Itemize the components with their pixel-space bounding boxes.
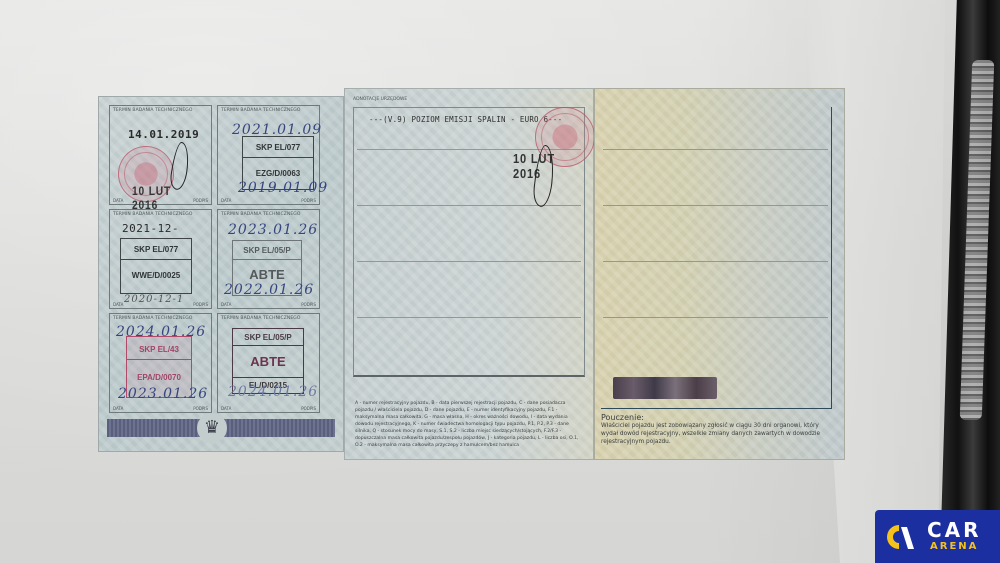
notice-frame	[601, 107, 832, 409]
handwritten-date: 2023.01.26	[118, 386, 208, 402]
cell-label: TERMIN BADANIA TECHNICZNEGO	[113, 316, 193, 321]
handwritten-date: 2019.01.09	[238, 180, 328, 196]
inspection-station-stamp: SKP EL/077 WWE/D/0025	[120, 238, 192, 294]
inspection-cell: TERMIN BADANIA TECHNICZNEGO 14.01.2019 1…	[109, 105, 212, 205]
registration-document: TERMIN BADANIA TECHNICZNEGO 14.01.2019 1…	[98, 88, 845, 460]
hologram-sticker	[613, 377, 717, 399]
logo-text-car: CAR	[927, 518, 982, 542]
inspection-cell: TERMIN BADANIA TECHNICZNEGO 2023.01.26 S…	[217, 209, 320, 309]
cell-foot-date: DATA	[113, 198, 123, 203]
stamp-code: SKP EL/077	[243, 143, 313, 152]
typed-date: 14.01.2019	[128, 128, 199, 141]
inspection-cell: TERMIN BADANIA TECHNICZNEGO 2021-12- SKP…	[109, 209, 212, 309]
notice-title: Pouczenie:	[601, 413, 834, 422]
stamp-id: WWE/D/0025	[121, 271, 191, 280]
inspection-cell: TERMIN BADANIA TECHNICZNEGO 2024.01.26 S…	[109, 313, 212, 413]
stamp-id: EZG/D/0063	[243, 169, 313, 178]
cell-foot-date: DATA	[113, 406, 123, 411]
cell-foot-signature: PODPIS	[193, 302, 208, 307]
cell-foot-signature: PODPIS	[301, 406, 316, 411]
notice-block: Pouczenie: Właściciel pojazdu jest zobow…	[601, 413, 834, 446]
stamp-code: SKP EL/43	[127, 345, 191, 354]
handwritten-date: 2020-12-1	[124, 294, 184, 305]
handwritten-date: 2022.01.26	[224, 282, 314, 298]
stamp-id: EPA/D/0070	[127, 373, 191, 382]
typed-date: 2021-12-	[122, 222, 179, 235]
seal-date: 10 LUT 2016	[132, 184, 199, 212]
cell-foot-signature: PODPIS	[301, 198, 316, 203]
emission-level-note: ---(V.9) POZIOM EMISJI SPALIN - EURO 6--…	[369, 115, 562, 124]
cell-label: TERMIN BADANIA TECHNICZNEGO	[113, 108, 193, 113]
stamp-code: SKP EL/077	[121, 245, 191, 254]
handwritten-date: 2024.01.26	[228, 384, 318, 400]
cell-foot-signature: PODPIS	[301, 302, 316, 307]
cell-foot-date: DATA	[221, 406, 231, 411]
cell-foot-signature: PODPIS	[193, 406, 208, 411]
polish-eagle-emblem-icon: ♛	[197, 413, 227, 443]
cell-label: TERMIN BADANIA TECHNICZNEGO	[221, 212, 301, 217]
inspection-cell: TERMIN BADANIA TECHNICZNEGO 2021.01.09 S…	[217, 105, 320, 205]
handwritten-date: 2023.01.26	[228, 222, 318, 238]
cell-label: TERMIN BADANIA TECHNICZNEGO	[113, 212, 193, 217]
cell-label: TERMIN BADANIA TECHNICZNEGO	[221, 316, 301, 321]
annotations-heading: ADNOTACJE URZĘDOWE	[353, 97, 407, 102]
field-codes-legend: A - numer rejestracyjny pojazdu, B - dat…	[355, 400, 583, 449]
cell-foot-date: DATA	[221, 302, 231, 307]
cell-label: TERMIN BADANIA TECHNICZNEGO	[221, 108, 301, 113]
notice-page: Pouczenie: Właściciel pojazdu jest zobow…	[594, 88, 845, 460]
stamp-code: SKP EL/05/P	[233, 246, 301, 255]
notice-body: Właściciel pojazdu jest zobowiązany zgło…	[601, 422, 834, 446]
car-arena-mark-icon	[885, 522, 915, 552]
car-arena-logo: CAR ARENA	[875, 510, 1000, 563]
inspection-cell: TERMIN BADANIA TECHNICZNEGO SKP EL/05/P …	[217, 313, 320, 413]
technical-inspection-page: TERMIN BADANIA TECHNICZNEGO 14.01.2019 1…	[98, 96, 344, 452]
stamp-name: ABTE	[233, 267, 301, 282]
official-annotations-page: ADNOTACJE URZĘDOWE ---(V.9) POZIOM EMISJ…	[344, 88, 594, 460]
cell-foot-date: DATA	[113, 302, 123, 307]
stamp-name: ABTE	[233, 354, 303, 369]
logo-text-arena: ARENA	[930, 541, 978, 552]
cell-foot-date: DATA	[221, 198, 231, 203]
stamp-code: SKP EL/05/P	[233, 333, 303, 342]
cell-foot-signature: PODPIS	[193, 198, 208, 203]
